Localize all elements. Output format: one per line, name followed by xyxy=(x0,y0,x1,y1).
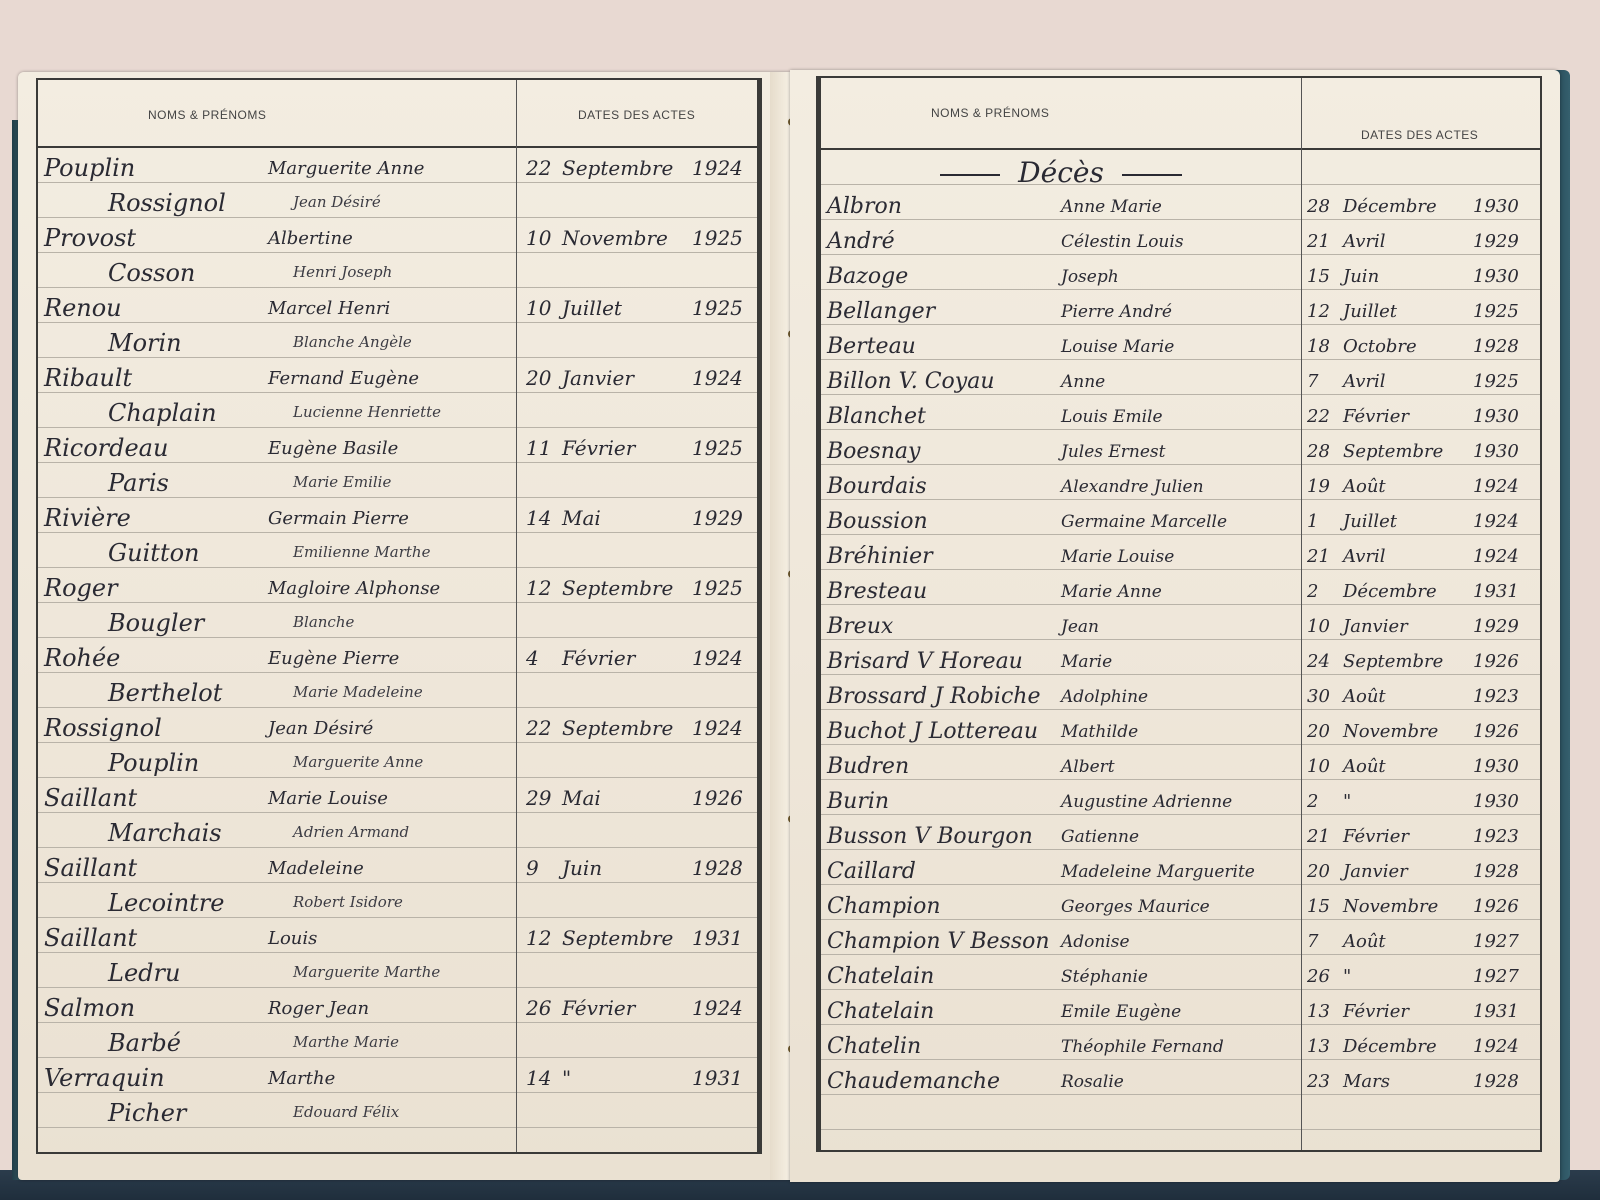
register-entry: LecointreRobert Isidore xyxy=(38,885,757,920)
dates-column-header: DATES DES ACTES xyxy=(578,108,695,122)
register-entry: RossignolJean Désiré xyxy=(38,185,757,220)
entry-date: 24Septembre1926 xyxy=(1307,651,1519,672)
entry-date-year: 1931 xyxy=(692,926,743,950)
entry-date-month: Février xyxy=(562,646,692,670)
register-entry: Brisard V HoreauMarie24Septembre1926 xyxy=(821,645,1540,680)
entry-date-month: Mai xyxy=(562,786,692,810)
entry-surname: Brisard V Horeau xyxy=(827,649,1023,674)
left-page-header: NOMS & PRÉNOMS DATES DES ACTES xyxy=(38,80,757,148)
entry-date-day: 11 xyxy=(526,436,562,460)
entry-given-names: Georges Maurice xyxy=(1061,897,1210,917)
entry-surname: Lecointre xyxy=(108,889,224,917)
entry-given-names: Célestin Louis xyxy=(1061,232,1184,252)
register-entry: RicordeauEugène Basile11Février1925 xyxy=(38,430,757,465)
register-entry: BurinAugustine Adrienne2"1930 xyxy=(821,785,1540,820)
entry-date: 20Novembre1926 xyxy=(1307,721,1519,742)
register-entry: Billon V. CoyauAnne7Avril1925 xyxy=(821,365,1540,400)
entry-given-names: Mathilde xyxy=(1061,722,1138,742)
entry-date-month: Septembre xyxy=(1343,651,1473,672)
entry-date-month: Mars xyxy=(1343,1071,1473,1092)
entry-surname: Blanchet xyxy=(827,404,926,429)
entry-surname: Cosson xyxy=(108,259,195,287)
entry-date-day: 4 xyxy=(526,646,562,670)
entry-date-year: 1924 xyxy=(1473,546,1519,567)
entry-surname: Pouplin xyxy=(108,749,199,777)
title-rule-left xyxy=(940,174,1000,176)
entry-date-month: Novembre xyxy=(1343,896,1473,917)
entry-surname: Ribault xyxy=(44,364,132,392)
entry-given-names: Marguerite Marthe xyxy=(293,963,440,981)
entry-date: 29Mai1926 xyxy=(526,786,756,810)
entry-date-year: 1924 xyxy=(1473,511,1519,532)
entry-surname: Chatelain xyxy=(827,999,934,1024)
section-title-text: Décès xyxy=(1018,156,1104,189)
entry-given-names: Joseph xyxy=(1061,267,1119,287)
register-entry: RohéeEugène Pierre4Février1924 xyxy=(38,640,757,675)
entry-date-year: 1928 xyxy=(1473,861,1519,882)
register-entry: CaillardMadeleine Marguerite20Janvier192… xyxy=(821,855,1540,890)
entry-date: 19Août1924 xyxy=(1307,476,1519,497)
register-entry: CossonHenri Joseph xyxy=(38,255,757,290)
entry-date: 26Février1924 xyxy=(526,996,756,1020)
entry-surname: Breux xyxy=(827,614,893,639)
entry-date-day: 10 xyxy=(526,226,562,250)
entry-given-names: Jean Désiré xyxy=(268,718,373,739)
entry-date: 15Juin1930 xyxy=(1307,266,1519,287)
entry-given-names: Augustine Adrienne xyxy=(1061,792,1232,812)
entry-surname: Caillard xyxy=(827,859,916,884)
entry-surname: Guitton xyxy=(108,539,200,567)
register-left-page: NOMS & PRÉNOMS DATES DES ACTES PouplinMa… xyxy=(18,72,790,1180)
entry-date-day: 22 xyxy=(526,716,562,740)
register-entry: PouplinMarguerite Anne22Septembre1924 xyxy=(38,150,757,185)
entry-given-names: Marguerite Anne xyxy=(293,753,423,771)
entry-date-month: Juin xyxy=(1343,266,1473,287)
entry-date-month: Septembre xyxy=(562,926,692,950)
register-entry: LedruMarguerite Marthe xyxy=(38,955,757,990)
register-entry: RibaultFernand Eugène20Janvier1924 xyxy=(38,360,757,395)
entry-surname: Champion xyxy=(827,894,941,919)
entry-date: 22Février1930 xyxy=(1307,406,1519,427)
register-entry: AlbronAnne Marie28Décembre1930 xyxy=(821,190,1540,225)
register-entry: BoesnayJules Ernest28Septembre1930 xyxy=(821,435,1540,470)
register-entry: SaillantLouis12Septembre1931 xyxy=(38,920,757,955)
dates-column-header: DATES DES ACTES xyxy=(1361,128,1478,142)
entry-given-names: Gatienne xyxy=(1061,827,1139,847)
entry-date-month: Janvier xyxy=(1343,861,1473,882)
entry-date: 21Février1923 xyxy=(1307,826,1519,847)
entry-date-year: 1930 xyxy=(1473,756,1519,777)
entry-date-month: Janvier xyxy=(1343,616,1473,637)
register-entry: BellangerPierre André12Juillet1925 xyxy=(821,295,1540,330)
entry-date: 13Février1931 xyxy=(1307,1001,1519,1022)
register-entry: SalmonRoger Jean26Février1924 xyxy=(38,990,757,1025)
entry-given-names: Marie Anne xyxy=(1061,582,1162,602)
entry-date: 7Avril1925 xyxy=(1307,371,1519,392)
entry-surname: Boussion xyxy=(827,509,928,534)
entry-date-day: 21 xyxy=(1307,231,1343,252)
entry-date-year: 1930 xyxy=(1473,441,1519,462)
entry-date-day: 12 xyxy=(1307,301,1343,322)
entry-date-year: 1924 xyxy=(692,646,743,670)
entry-given-names: Germain Pierre xyxy=(268,508,409,529)
entry-surname: Ledru xyxy=(108,959,180,987)
entry-date-year: 1925 xyxy=(692,436,743,460)
entry-date-day: 29 xyxy=(526,786,562,810)
register-entry: BerteauLouise Marie18Octobre1928 xyxy=(821,330,1540,365)
entry-given-names: Marie Louise xyxy=(1061,547,1174,567)
entry-date-month: Février xyxy=(1343,406,1473,427)
entry-date-day: 19 xyxy=(1307,476,1343,497)
entry-given-names: Théophile Fernand xyxy=(1061,1037,1224,1057)
entry-surname: Ricordeau xyxy=(44,434,168,462)
entry-given-names: Emile Eugène xyxy=(1061,1002,1181,1022)
entry-date: 2"1930 xyxy=(1307,791,1519,812)
entry-date-year: 1929 xyxy=(692,506,743,530)
entry-date-day: 1 xyxy=(1307,511,1343,532)
register-entry: BoussionGermaine Marcelle1Juillet1924 xyxy=(821,505,1540,540)
left-page-frame: NOMS & PRÉNOMS DATES DES ACTES PouplinMa… xyxy=(36,78,762,1154)
entry-date-month: Avril xyxy=(1343,231,1473,252)
entry-date: 22Septembre1924 xyxy=(526,716,756,740)
entry-surname: Rivière xyxy=(44,504,131,532)
entry-given-names: Stéphanie xyxy=(1061,967,1148,987)
entry-date: 9Juin1928 xyxy=(526,856,756,880)
register-entry: AndréCélestin Louis21Avril1929 xyxy=(821,225,1540,260)
entry-date-year: 1925 xyxy=(1473,301,1519,322)
entry-date-month: Avril xyxy=(1343,371,1473,392)
register-entry: Champion V BessonAdonise7Août1927 xyxy=(821,925,1540,960)
entry-date-year: 1923 xyxy=(1473,686,1519,707)
entry-date: 30Août1923 xyxy=(1307,686,1519,707)
register-entry: BudrenAlbert10Août1930 xyxy=(821,750,1540,785)
entry-date-month: Septembre xyxy=(562,576,692,600)
entry-date: 12Septembre1925 xyxy=(526,576,756,600)
entry-date-year: 1931 xyxy=(1473,581,1519,602)
register-right-page: NOMS & PRÉNOMS DATES DES ACTES Décès Alb… xyxy=(790,70,1560,1182)
entry-surname: Rohée xyxy=(44,644,120,672)
register-entry: SaillantMarie Louise29Mai1926 xyxy=(38,780,757,815)
entry-date-month: Février xyxy=(1343,826,1473,847)
entry-given-names: Robert Isidore xyxy=(293,893,403,911)
entry-date-day: 23 xyxy=(1307,1071,1343,1092)
entry-surname: Bellanger xyxy=(827,299,935,324)
entry-date-month: Octobre xyxy=(1343,336,1473,357)
entry-date-month: Décembre xyxy=(1343,196,1473,217)
entry-given-names: Germaine Marcelle xyxy=(1061,512,1227,532)
entry-surname: Berthelot xyxy=(108,679,222,707)
entry-date: 15Novembre1926 xyxy=(1307,896,1519,917)
entry-date-year: 1926 xyxy=(1473,721,1519,742)
entry-surname: Busson V Bourgon xyxy=(827,824,1033,849)
entry-date-month: Août xyxy=(1343,931,1473,952)
entry-date-day: 21 xyxy=(1307,826,1343,847)
entry-surname: Budren xyxy=(827,754,909,779)
entry-given-names: Eugène Pierre xyxy=(268,648,399,669)
entry-date-month: " xyxy=(562,1066,692,1090)
entry-date-year: 1928 xyxy=(692,856,743,880)
entry-given-names: Louis xyxy=(268,928,317,949)
entry-surname: Verraquin xyxy=(44,1064,165,1092)
left-entries-list: PouplinMarguerite Anne22Septembre1924Ros… xyxy=(38,150,757,1130)
entry-surname: Saillant xyxy=(44,784,137,812)
entry-date-year: 1930 xyxy=(1473,791,1519,812)
entry-date-day: 14 xyxy=(526,506,562,530)
register-entry: ChampionGeorges Maurice15Novembre1926 xyxy=(821,890,1540,925)
entry-date: 2Décembre1931 xyxy=(1307,581,1519,602)
entry-date-month: " xyxy=(1343,791,1473,812)
entry-given-names: Eugène Basile xyxy=(268,438,398,459)
entry-surname: Renou xyxy=(44,294,122,322)
entry-date-year: 1931 xyxy=(1473,1001,1519,1022)
register-entry: BlanchetLouis Emile22Février1930 xyxy=(821,400,1540,435)
entry-given-names: Marguerite Anne xyxy=(268,158,424,179)
register-entry: PicherEdouard Félix xyxy=(38,1095,757,1130)
entry-date-day: 12 xyxy=(526,926,562,950)
entry-given-names: Marie Emilie xyxy=(293,473,391,491)
entry-date: 20Janvier1924 xyxy=(526,366,756,390)
entry-date-day: 7 xyxy=(1307,931,1343,952)
entry-surname: Barbé xyxy=(108,1029,181,1057)
entry-surname: Bresteau xyxy=(827,579,927,604)
entry-date-year: 1931 xyxy=(692,1066,743,1090)
entry-date-year: 1924 xyxy=(1473,1036,1519,1057)
register-entry: BerthelotMarie Madeleine xyxy=(38,675,757,710)
entry-date-month: Juillet xyxy=(1343,301,1473,322)
entry-date-year: 1929 xyxy=(1473,231,1519,252)
entry-date-year: 1926 xyxy=(1473,896,1519,917)
register-entry: GuittonEmilienne Marthe xyxy=(38,535,757,570)
entry-given-names: Alexandre Julien xyxy=(1061,477,1204,497)
entry-date: 21Avril1924 xyxy=(1307,546,1519,567)
entry-date-day: 21 xyxy=(1307,546,1343,567)
entry-surname: Morin xyxy=(108,329,182,357)
entry-surname: Burin xyxy=(827,789,889,814)
entry-date-day: 22 xyxy=(526,156,562,180)
entry-date-day: 2 xyxy=(1307,791,1343,812)
entry-date-month: Novembre xyxy=(562,226,692,250)
register-entry: MorinBlanche Angèle xyxy=(38,325,757,360)
right-entries-list: AlbronAnne Marie28Décembre1930AndréCéles… xyxy=(821,190,1540,1100)
entry-given-names: Roger Jean xyxy=(268,998,369,1019)
entry-date-month: Novembre xyxy=(1343,721,1473,742)
entry-date: 11Février1925 xyxy=(526,436,756,460)
register-entry: Brossard J RobicheAdolphine30Août1923 xyxy=(821,680,1540,715)
entry-date-day: 20 xyxy=(1307,861,1343,882)
entry-date-year: 1930 xyxy=(1473,196,1519,217)
entry-given-names: Marie Louise xyxy=(268,788,388,809)
register-entry: ChaplainLucienne Henriette xyxy=(38,395,757,430)
entry-given-names: Madeleine Marguerite xyxy=(1061,862,1255,882)
entry-surname: Brossard J Robiche xyxy=(827,684,1040,709)
entry-date-month: Août xyxy=(1343,686,1473,707)
entry-given-names: Marie Madeleine xyxy=(293,683,423,701)
entry-date-month: Décembre xyxy=(1343,1036,1473,1057)
entry-given-names: Rosalie xyxy=(1061,1072,1124,1092)
entry-date: 18Octobre1928 xyxy=(1307,336,1519,357)
entry-date-month: Février xyxy=(562,996,692,1020)
entry-date: 20Janvier1928 xyxy=(1307,861,1519,882)
register-entry: PouplinMarguerite Anne xyxy=(38,745,757,780)
entry-date-day: 7 xyxy=(1307,371,1343,392)
register-entry: ChatelainEmile Eugène13Février1931 xyxy=(821,995,1540,1030)
entry-date: 7Août1927 xyxy=(1307,931,1519,952)
entry-date-year: 1930 xyxy=(1473,266,1519,287)
entry-given-names: Madeleine xyxy=(268,858,364,879)
entry-surname: Pouplin xyxy=(44,154,135,182)
entry-surname: Bougler xyxy=(108,609,204,637)
entry-surname: Paris xyxy=(108,469,169,497)
entry-given-names: Pierre André xyxy=(1061,302,1172,322)
register-entry: RenouMarcel Henri10Juillet1925 xyxy=(38,290,757,325)
entry-date: 4Février1924 xyxy=(526,646,756,670)
entry-surname: Salmon xyxy=(44,994,135,1022)
entry-date-year: 1928 xyxy=(1473,1071,1519,1092)
entry-date-month: Janvier xyxy=(562,366,692,390)
register-entry: BréhinierMarie Louise21Avril1924 xyxy=(821,540,1540,575)
entry-date: 22Septembre1924 xyxy=(526,156,756,180)
entry-date: 23Mars1928 xyxy=(1307,1071,1519,1092)
entry-given-names: Louise Marie xyxy=(1061,337,1174,357)
entry-surname: Boesnay xyxy=(827,439,920,464)
entry-given-names: Magloire Alphonse xyxy=(268,578,440,599)
entry-given-names: Jean Désiré xyxy=(293,193,381,211)
entry-given-names: Fernand Eugène xyxy=(268,368,419,389)
entry-date-day: 28 xyxy=(1307,196,1343,217)
entry-given-names: Emilienne Marthe xyxy=(293,543,430,561)
entry-given-names: Adonise xyxy=(1061,932,1130,952)
entry-surname: Chatelain xyxy=(827,964,934,989)
entry-date-month: " xyxy=(1343,966,1473,987)
entry-date: 28Septembre1930 xyxy=(1307,441,1519,462)
entry-given-names: Jules Ernest xyxy=(1061,442,1166,462)
register-entry: ChaudemancheRosalie23Mars1928 xyxy=(821,1065,1540,1100)
entry-surname: Provost xyxy=(44,224,136,252)
entry-date: 1Juillet1924 xyxy=(1307,511,1519,532)
entry-surname: André xyxy=(827,229,895,254)
register-entry: Busson V BourgonGatienne21Février1923 xyxy=(821,820,1540,855)
entry-given-names: Anne xyxy=(1061,372,1105,392)
entry-date-day: 22 xyxy=(1307,406,1343,427)
entry-given-names: Louis Emile xyxy=(1061,407,1163,427)
entry-date-year: 1929 xyxy=(1473,616,1519,637)
entry-surname: Buchot J Lottereau xyxy=(827,719,1038,744)
entry-date-day: 9 xyxy=(526,856,562,880)
entry-given-names: Albertine xyxy=(268,228,353,249)
entry-surname: Rossignol xyxy=(44,714,162,742)
entry-date-day: 13 xyxy=(1307,1036,1343,1057)
entry-given-names: Anne Marie xyxy=(1061,197,1162,217)
entry-given-names: Adrien Armand xyxy=(293,823,409,841)
register-entry: ChatelainStéphanie26"1927 xyxy=(821,960,1540,995)
entry-date-year: 1923 xyxy=(1473,826,1519,847)
entry-date-day: 20 xyxy=(1307,721,1343,742)
entry-date: 14"1931 xyxy=(526,1066,756,1090)
entry-date: 10Juillet1925 xyxy=(526,296,756,320)
entry-date-year: 1924 xyxy=(692,716,743,740)
entry-date: 10Août1930 xyxy=(1307,756,1519,777)
entry-surname: Marchais xyxy=(108,819,222,847)
register-entry: BreuxJean10Janvier1929 xyxy=(821,610,1540,645)
entry-date-year: 1928 xyxy=(1473,336,1519,357)
entry-date-month: Juin xyxy=(562,856,692,880)
entry-surname: Picher xyxy=(108,1099,186,1127)
entry-date-day: 28 xyxy=(1307,441,1343,462)
entry-date-day: 24 xyxy=(1307,651,1343,672)
entry-date-day: 13 xyxy=(1307,1001,1343,1022)
entry-surname: Billon V. Coyau xyxy=(827,369,995,394)
entry-date-year: 1925 xyxy=(692,576,743,600)
entry-date-day: 20 xyxy=(526,366,562,390)
register-entry: BourdaisAlexandre Julien19Août1924 xyxy=(821,470,1540,505)
entry-date-day: 12 xyxy=(526,576,562,600)
entry-given-names: Henri Joseph xyxy=(293,263,392,281)
entry-date-year: 1930 xyxy=(1473,406,1519,427)
entry-date: 13Décembre1924 xyxy=(1307,1036,1519,1057)
entry-given-names: Jean xyxy=(1061,617,1099,637)
entry-surname: Chaudemanche xyxy=(827,1069,1000,1094)
entry-date-month: Juillet xyxy=(562,296,692,320)
register-entry: BazogeJoseph15Juin1930 xyxy=(821,260,1540,295)
register-entry: RivièreGermain Pierre14Mai1929 xyxy=(38,500,757,535)
entry-date-month: Septembre xyxy=(562,156,692,180)
entry-date-day: 14 xyxy=(526,1066,562,1090)
entry-date-month: Août xyxy=(1343,476,1473,497)
register-entry: SaillantMadeleine9Juin1928 xyxy=(38,850,757,885)
entry-date-day: 26 xyxy=(526,996,562,1020)
entry-date-year: 1924 xyxy=(692,996,743,1020)
entry-date: 10Janvier1929 xyxy=(1307,616,1519,637)
register-entry: RogerMagloire Alphonse12Septembre1925 xyxy=(38,570,757,605)
entry-surname: Bazoge xyxy=(827,264,908,289)
register-entry: BouglerBlanche xyxy=(38,605,757,640)
names-column-header: NOMS & PRÉNOMS xyxy=(148,108,266,122)
entry-given-names: Marie xyxy=(1061,652,1112,672)
right-page-frame: NOMS & PRÉNOMS DATES DES ACTES Décès Alb… xyxy=(816,76,1542,1152)
entry-date: 21Avril1929 xyxy=(1307,231,1519,252)
register-entry: ChatelinThéophile Fernand13Décembre1924 xyxy=(821,1030,1540,1065)
entry-date-year: 1924 xyxy=(692,156,743,180)
entry-date: 28Décembre1930 xyxy=(1307,196,1519,217)
entry-date-year: 1924 xyxy=(1473,476,1519,497)
entry-surname: Berteau xyxy=(827,334,916,359)
section-title-deces: Décès xyxy=(821,156,1301,189)
names-column-header: NOMS & PRÉNOMS xyxy=(931,106,1049,120)
entry-date: 14Mai1929 xyxy=(526,506,756,530)
entry-given-names: Marcel Henri xyxy=(268,298,390,319)
register-entry: MarchaisAdrien Armand xyxy=(38,815,757,850)
entry-date-month: Septembre xyxy=(1343,441,1473,462)
entry-date-month: Août xyxy=(1343,756,1473,777)
register-entry: BresteauMarie Anne2Décembre1931 xyxy=(821,575,1540,610)
entry-date: 26"1927 xyxy=(1307,966,1519,987)
entry-surname: Saillant xyxy=(44,924,137,952)
entry-given-names: Blanche Angèle xyxy=(293,333,412,351)
entry-date-day: 15 xyxy=(1307,896,1343,917)
entry-date-day: 2 xyxy=(1307,581,1343,602)
entry-surname: Bréhinier xyxy=(827,544,933,569)
entry-surname: Albron xyxy=(827,194,902,219)
title-rule-right xyxy=(1122,174,1182,176)
entry-given-names: Adolphine xyxy=(1061,687,1148,707)
entry-date-month: Février xyxy=(1343,1001,1473,1022)
entry-date: 12Juillet1925 xyxy=(1307,301,1519,322)
register-entry: ParisMarie Emilie xyxy=(38,465,757,500)
entry-date-month: Avril xyxy=(1343,546,1473,567)
entry-date-day: 18 xyxy=(1307,336,1343,357)
entry-date-year: 1926 xyxy=(692,786,743,810)
entry-date-day: 15 xyxy=(1307,266,1343,287)
